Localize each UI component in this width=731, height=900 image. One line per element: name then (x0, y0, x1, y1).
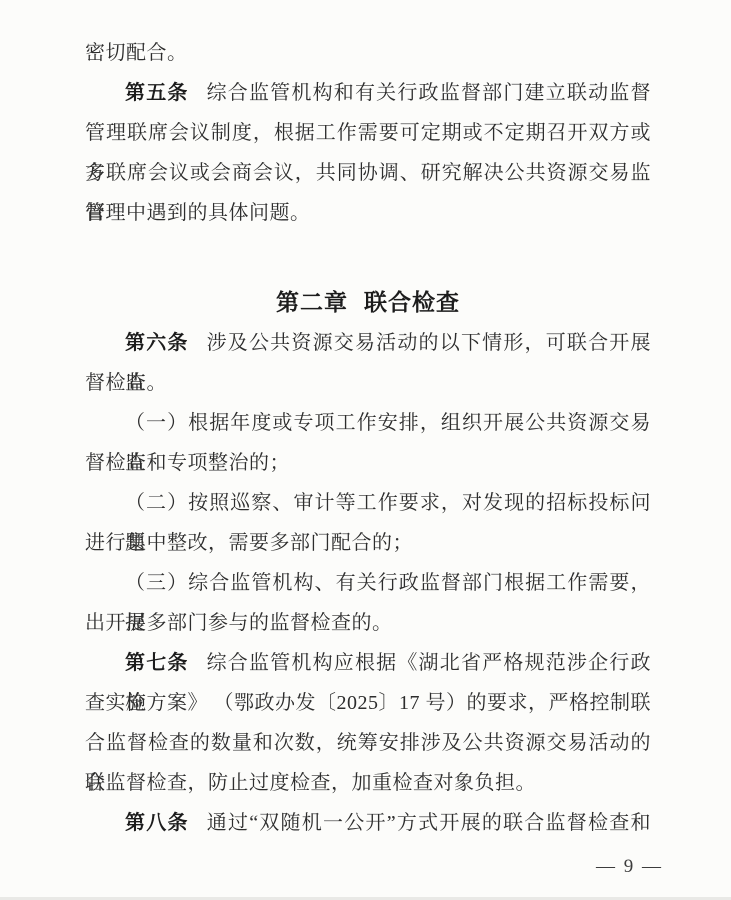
text-line: 合监督检查的数量和次数，统筹安排涉及公共资源交易活动的联 (85, 723, 651, 763)
text-line: （三）综合监管机构、有关行政监督部门根据工作需要，提 (85, 563, 651, 603)
text-line: 第八条通过“双随机一公开”方式开展的联合监督检查和 (85, 803, 651, 843)
text-line: 管理中遇到的具体问题。 (85, 193, 651, 233)
text-line: （一）根据年度或专项工作安排，组织开展公共资源交易监 (85, 403, 651, 443)
chapter-number: 第二章 (276, 290, 348, 315)
text-line-body: 通过“双随机一公开”方式开展的联合监督检查和 (207, 812, 651, 834)
document-page: 密切配合。 第五条综合监管机构和有关行政监督部门建立联动监督 管理联席会议制度，… (0, 0, 731, 900)
article-number: 第七条 (125, 652, 189, 674)
text-line: 第七条综合监管机构应根据《湖北省严格规范涉企行政检 (85, 643, 651, 683)
page-number: — 9 — (596, 856, 663, 878)
chapter-title: 联合检查 (364, 290, 460, 315)
article-number: 第八条 (125, 812, 189, 834)
text-line: 密切配合。 (85, 33, 651, 73)
text-line: 进行集中整改，需要多部门配合的； (85, 523, 651, 563)
text-line: 方联席会议或会商会议，共同协调、研究解决公共资源交易监督 (85, 153, 651, 193)
page-body: 密切配合。 第五条综合监管机构和有关行政监督部门建立联动监督 管理联席会议制度，… (85, 33, 651, 843)
text-line: 合监督检查，防止过度检查，加重检查对象负担。 (85, 763, 651, 803)
text-line: 督检查和专项整治的； (85, 443, 651, 483)
text-line: 出开展多部门参与的监督检查的。 (85, 603, 651, 643)
text-line: 督检查。 (85, 363, 651, 403)
chapter-heading: 第二章联合检查 (85, 283, 651, 323)
text-line-body: 综合监管机构和有关行政监督部门建立联动监督 (207, 82, 651, 104)
text-line: 管理联席会议制度，根据工作需要可定期或不定期召开双方或多 (85, 113, 651, 153)
article-number: 第五条 (125, 82, 189, 104)
text-line: （二）按照巡察、审计等工作要求，对发现的招标投标问题 (85, 483, 651, 523)
article-number: 第六条 (125, 332, 189, 354)
text-line: 第六条涉及公共资源交易活动的以下情形，可联合开展监 (85, 323, 651, 363)
text-line: 第五条综合监管机构和有关行政监督部门建立联动监督 (85, 73, 651, 113)
text-line: 查实施方案》 （鄂政办发〔2025〕17 号）的要求，严格控制联 (85, 683, 651, 723)
